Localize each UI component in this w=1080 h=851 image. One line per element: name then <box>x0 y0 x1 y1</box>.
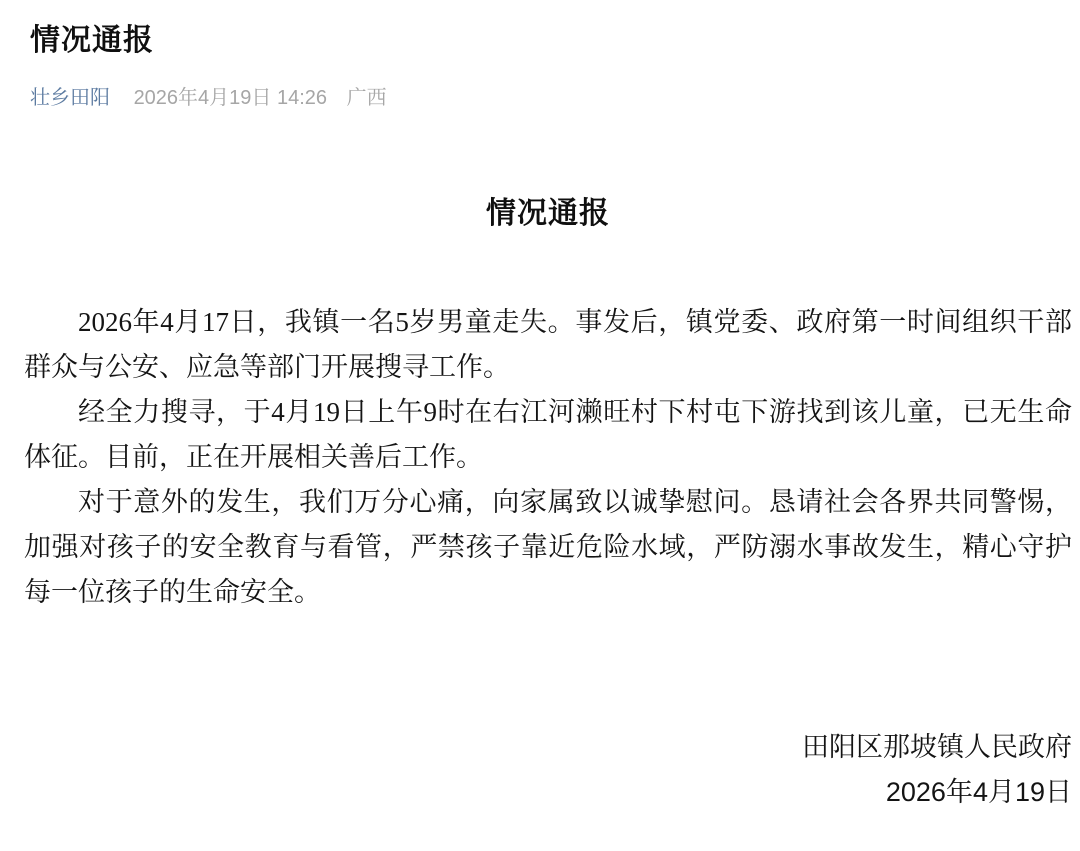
article-page: 情况通报 壮乡田阳 2026年4月19日 14:26 广西 情况通报 2026年… <box>0 0 1080 851</box>
signature-date: 2026年4月19日 <box>24 770 1072 815</box>
article-content: 情况通报 2026年4月17日，我镇一名5岁男童走失。事发后，镇党委、政府第一时… <box>0 194 1080 815</box>
document-heading: 情况通报 <box>24 194 1072 234</box>
paragraph-3: 对于意外的发生，我们万分心痛，向家属致以诚挚慰问。恳请社会各界共同警惕，加强对孩… <box>24 480 1072 615</box>
paragraph-1: 2026年4月17日，我镇一名5岁男童走失。事发后，镇党委、政府第一时间组织干部… <box>24 300 1072 390</box>
signature-block: 田阳区那坡镇人民政府 2026年4月19日 <box>24 725 1072 815</box>
publish-datetime: 2026年4月19日 14:26 <box>134 87 327 109</box>
account-link[interactable]: 壮乡田阳 <box>30 87 110 109</box>
signature-org: 田阳区那坡镇人民政府 <box>24 725 1072 770</box>
byline: 壮乡田阳 2026年4月19日 14:26 广西 <box>0 60 1080 110</box>
article-title: 情况通报 <box>0 0 1080 60</box>
paragraph-2: 经全力搜寻，于4月19日上午9时在右江河濑旺村下村屯下游找到该儿童，已无生命体征… <box>24 390 1072 480</box>
publish-location: 广西 <box>347 87 387 109</box>
